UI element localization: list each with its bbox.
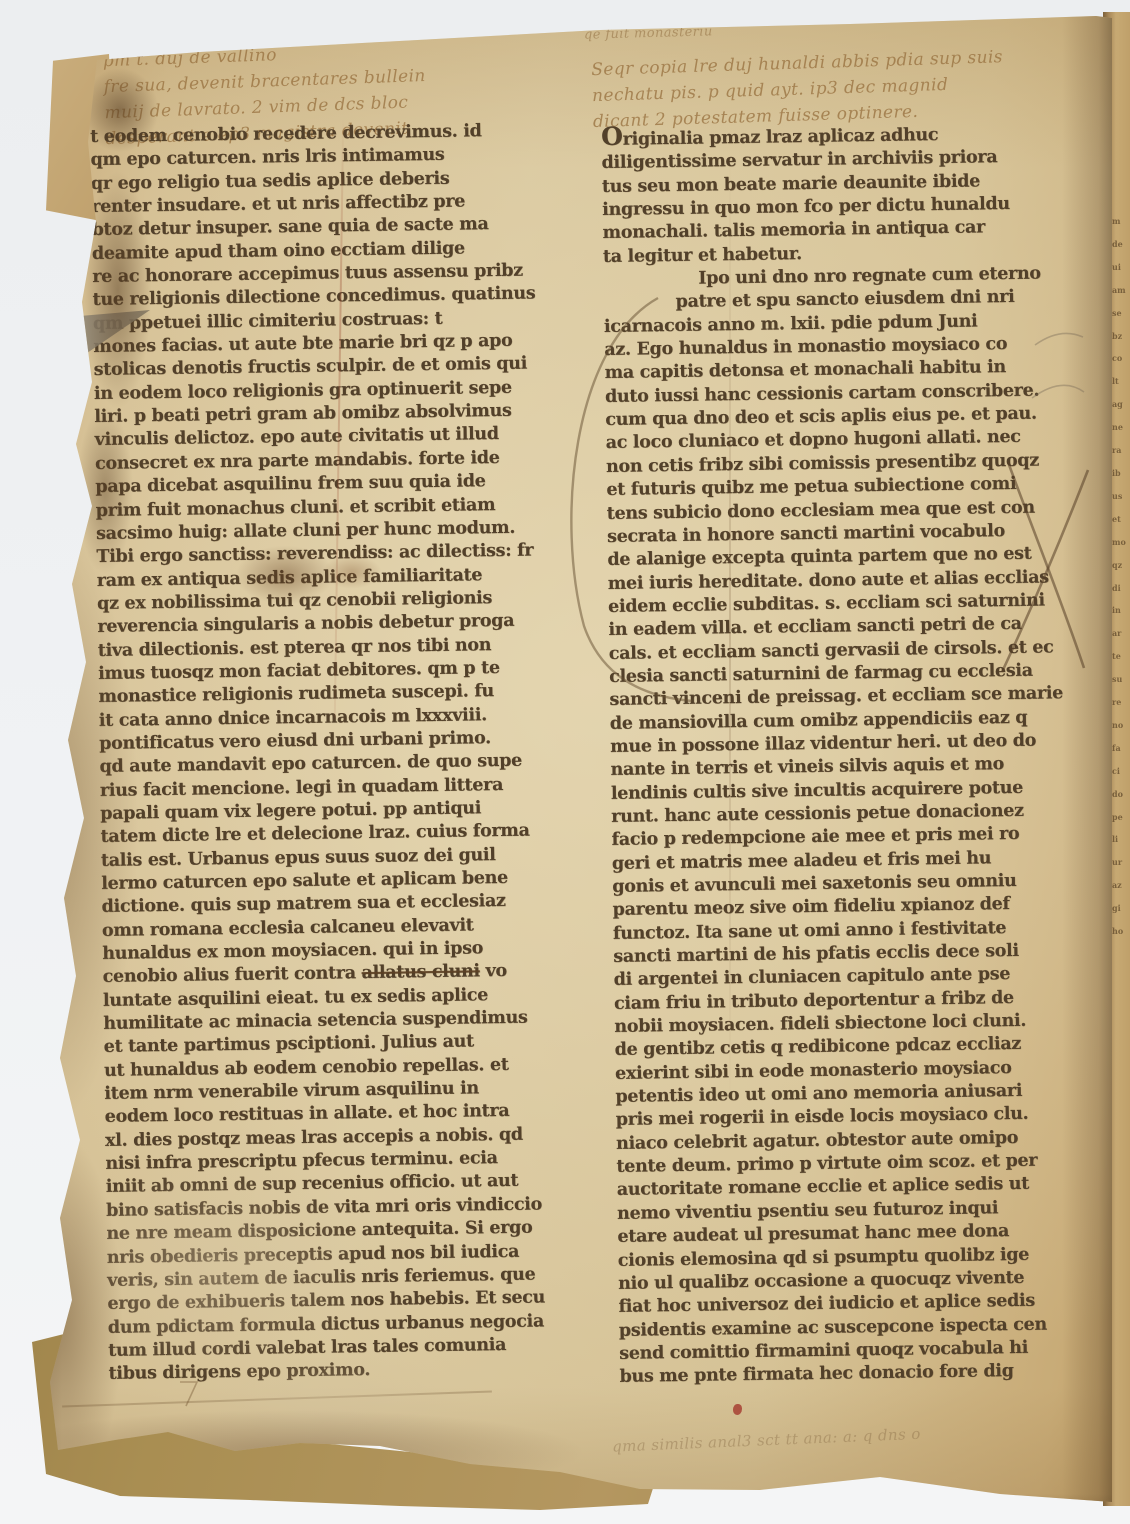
bottom-annotation: qma similis anal3 sct tt ana: a: q dns o	[612, 1418, 1072, 1455]
text-line: az	[1112, 874, 1130, 897]
red-ink-dot	[733, 1404, 742, 1415]
text-line: se	[1112, 302, 1130, 325]
text-line: pe	[1112, 806, 1130, 829]
text-line: li	[1112, 828, 1130, 851]
text-line: ho	[1112, 920, 1130, 943]
text-line: de	[1112, 233, 1130, 256]
text-line: co	[1112, 347, 1130, 370]
text-line: am	[1112, 279, 1130, 302]
gutter-fold-shadow	[1062, 0, 1116, 1524]
text-line: no	[1112, 714, 1130, 737]
text-line: gi	[1112, 897, 1130, 920]
text-line: bz	[1112, 325, 1130, 348]
top-right-annotation: Seqr copia lre duj hunaldi abbis pdia su…	[591, 43, 1043, 135]
text-line: ib	[1112, 462, 1130, 485]
text-line: ui	[1112, 256, 1130, 279]
text-line: ci	[1112, 760, 1130, 783]
horizontal-crease-bottom	[62, 1390, 492, 1407]
text-line: re	[1112, 691, 1130, 714]
text-line: qz	[1112, 554, 1130, 577]
manuscript-photo: mdeuiamsebzcoltagneraibusetmoqzdiinartes…	[0, 0, 1130, 1524]
text-line: ag	[1112, 393, 1130, 416]
text-line: mo	[1112, 531, 1130, 554]
right-text-column: Originalia pmaz lraz aplicaz adhucdilige…	[601, 121, 1102, 1390]
text-line: di	[1112, 577, 1130, 600]
text-line: su	[1112, 668, 1130, 691]
text-line: ne	[1112, 416, 1130, 439]
text-line: lt	[1112, 370, 1130, 393]
manuscript-page: pm t. duj de vallinofre sua, devenit bra…	[0, 0, 1130, 1524]
text-line: m	[1112, 210, 1130, 233]
text-line: do	[1112, 783, 1130, 806]
text-line: us	[1112, 485, 1130, 508]
adjacent-page-text: mdeuiamsebzcoltagneraibusetmoqzdiinartes…	[1112, 210, 1130, 943]
pen-seven-mark	[180, 1382, 197, 1406]
text-line: te	[1112, 645, 1130, 668]
struck-through-text: allatus cluni	[361, 962, 480, 984]
text-line: et	[1112, 508, 1130, 531]
text-line: fa	[1112, 737, 1130, 760]
text-line: in	[1112, 599, 1130, 622]
text-line: ur	[1112, 851, 1130, 874]
top-right-annotation-small: qe fuit monasteriu	[584, 24, 713, 42]
left-text-column: t eodem cenobio recedere decrevimus. idq…	[90, 119, 591, 1387]
text-line: ar	[1112, 622, 1130, 645]
text-line: ra	[1112, 439, 1130, 462]
